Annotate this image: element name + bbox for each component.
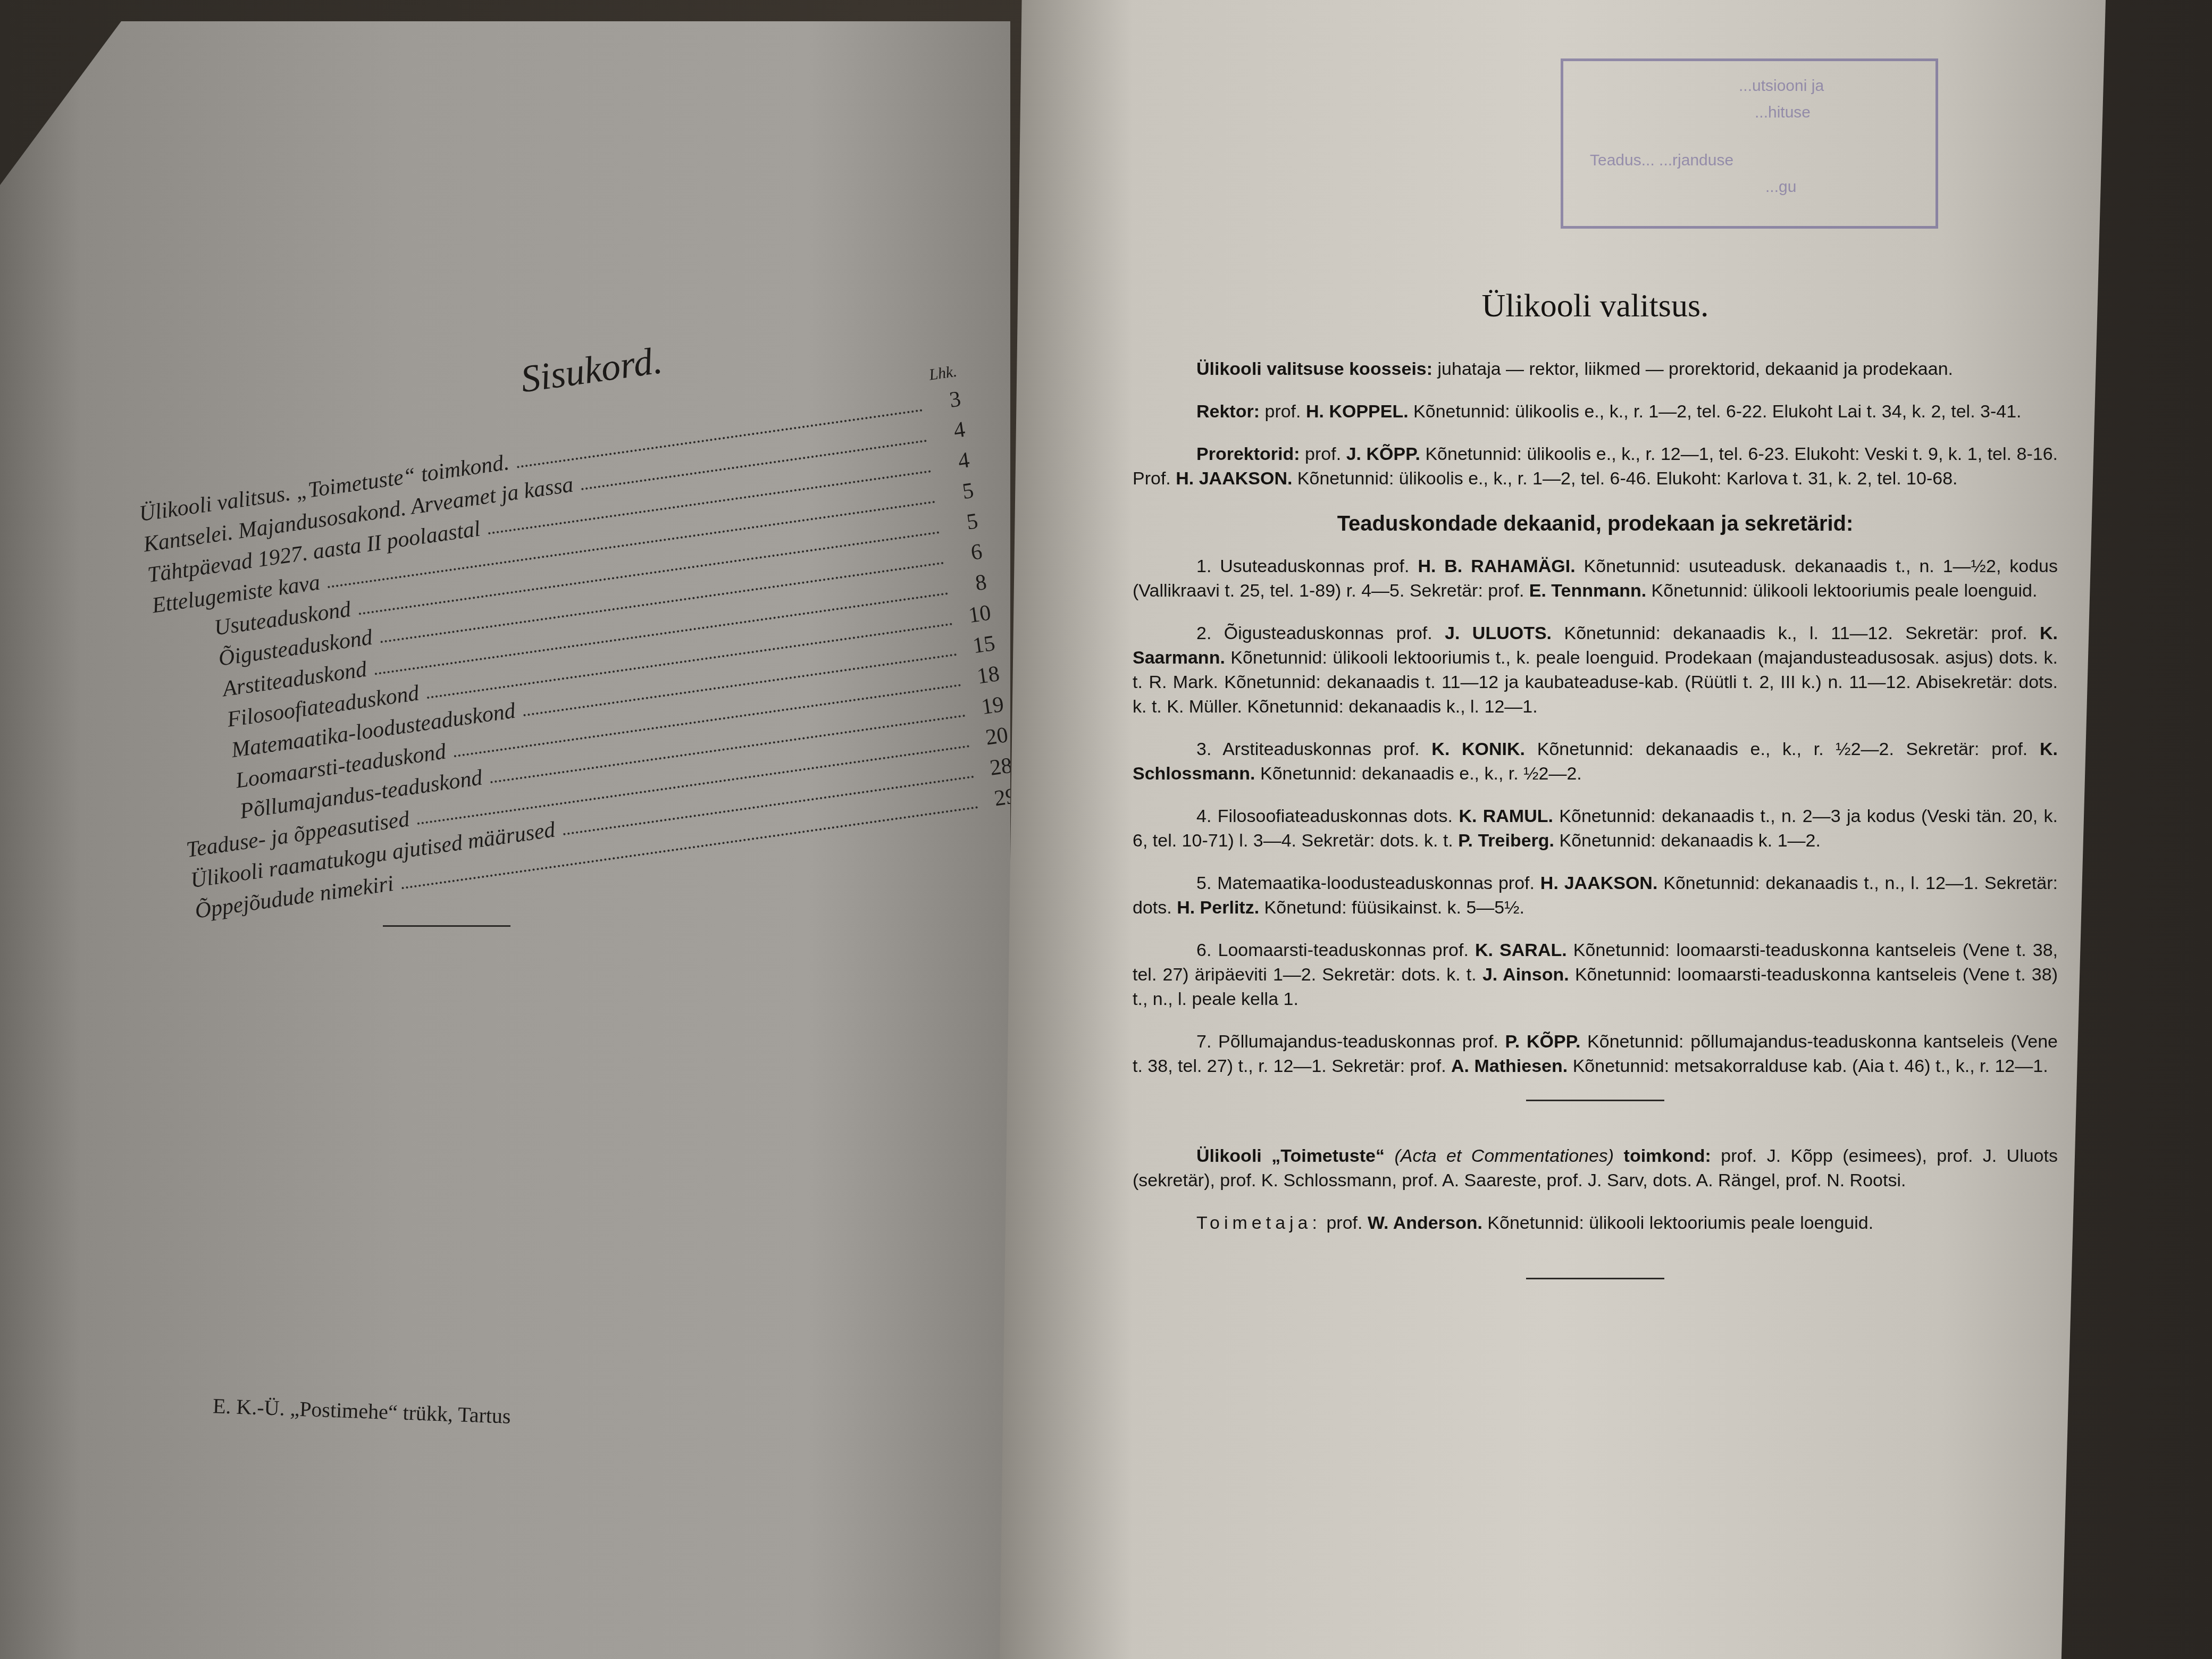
editor-name: W. Anderson. (1368, 1213, 1482, 1233)
faculty-entry: 5. Matemaatika-loodusteaduskonnas prof. … (1133, 871, 2058, 920)
faculty-number: 1. (1196, 556, 1211, 576)
divider-rule (1526, 1100, 1664, 1101)
faculty-dean-intro: Filosoofiateaduskonnas dots. (1211, 806, 1459, 826)
faculty-secretary-name: J. Ainson. (1482, 965, 1569, 985)
faculty-entry: 6. Loomaarsti-teaduskonnas prof. K. SARA… (1133, 938, 2058, 1011)
prorector-title: prof. (1300, 444, 1346, 464)
faculty-dean-name: J. ULUOTS. (1445, 623, 1552, 643)
faculty-entry: 7. Põllumajandus-teaduskonnas prof. P. K… (1133, 1029, 2058, 1078)
composition-text: juhataja — rektor, liikmed — prorektorid… (1432, 359, 1953, 379)
stamp-line: ...gu (1765, 178, 1796, 196)
faculty-number: 4. (1196, 806, 1211, 826)
acta-latin: (Acta et Commentationes) (1385, 1146, 1614, 1166)
toc-entry-page: 5 (940, 475, 975, 510)
faculty-dean-intro: Arstiteaduskonnas prof. (1211, 739, 1431, 759)
divider-rule (383, 925, 510, 927)
faculty-secretary-hours: Kõnetunnid: dekanaadis k. 1—2. (1554, 831, 1821, 851)
prorectors-paragraph: Prorektorid: prof. J. KÕPP. Kõnetunnid: … (1133, 442, 2058, 491)
editor-paragraph: Toimetaja: prof. W. Anderson. Kõnetunnid… (1133, 1211, 2058, 1235)
rector-label: Rektor: (1196, 401, 1260, 422)
divider-rule (1526, 1278, 1664, 1279)
left-page: Sisukord. Lhk. Ülikooli valitsus. „Toime… (0, 21, 1010, 1659)
prorector-name: J. KÕPP. (1346, 444, 1420, 464)
faculty-list: 1. Usuteaduskonnas prof. H. B. RAHAMÄGI.… (1133, 554, 2058, 1078)
stamp-line: Teadus... ...rjanduse (1590, 152, 1733, 170)
faculty-secretary-hours: Kõnetunnid: dekanaadis e., k., r. ½2—2. (1255, 764, 1582, 784)
deans-heading: Teaduskondade dekaanid, prodekaan ja sek… (1133, 512, 2058, 536)
toc-entry-page: 4 (935, 445, 971, 480)
faculty-dean-intro: Põllumajandus-teaduskonnas prof. (1211, 1032, 1505, 1052)
faculty-number: 2. (1196, 623, 1211, 643)
right-page-content: Ülikooli valitsus. Ülikooli valitsuse ko… (1133, 287, 2058, 1279)
toc-entry-page: 3 (927, 383, 962, 418)
faculty-dean-intro: Loomaarsti-teaduskonnas prof. (1211, 940, 1475, 960)
stamp-line: ...utsiooni ja (1739, 77, 1824, 95)
toc-entry-page: 20 (974, 719, 1010, 755)
faculty-dean-name: K. KONIK. (1431, 739, 1525, 759)
toc-entry-page: 6 (949, 537, 984, 572)
prorectors-label: Prorektorid: (1196, 444, 1300, 464)
faculty-secretary-name: P. Treiberg. (1458, 831, 1554, 851)
faculty-secretary-hours: Kõnetunnid: ülikooli lektooriumis t., k.… (1133, 648, 2058, 717)
faculty-entry: 3. Arstiteaduskonnas prof. K. KONIK. Kõn… (1133, 737, 2058, 786)
faculty-entry: 4. Filosoofiateaduskonnas dots. K. RAMUL… (1133, 804, 2058, 853)
toc-entry-page: 28 (978, 750, 1014, 785)
faculty-number: 5. (1196, 873, 1211, 893)
composition-label: Ülikooli valitsuse koosseis: (1196, 359, 1432, 379)
toc-entry-page: 8 (953, 567, 988, 602)
faculty-dean-intro: Usuteaduskonnas prof. (1211, 556, 1418, 576)
faculty-dean-intro: Matemaatika-loodusteaduskonnas prof. (1211, 873, 1540, 893)
faculty-entry: 1. Usuteaduskonnas prof. H. B. RAHAMÄGI.… (1133, 554, 2058, 603)
acta-label: Ülikooli „Toimetuste“ (1196, 1146, 1385, 1166)
faculty-secretary-name: A. Mathiesen. (1451, 1056, 1568, 1076)
faculty-dean-name: K. RAMUL. (1459, 806, 1553, 826)
faculty-secretary-hours: Kõnetund: füüsikainst. k. 5—5½. (1259, 898, 1524, 918)
page-title: Ülikooli valitsus. (1133, 287, 2058, 325)
faculty-secretary-hours: Kõnetunnid: ülikooli lektooriumis peale … (1646, 581, 2037, 601)
toc-entry-page: 19 (970, 689, 1006, 724)
stamp-line: ...hituse (1755, 104, 1811, 122)
rector-name: H. KOPPEL. (1306, 401, 1409, 422)
faculty-secretary-name: H. Perlitz. (1177, 898, 1259, 918)
rector-details: Kõnetunnid: ülikoolis e., k., r. 1—2, te… (1409, 401, 2022, 422)
toc-entry-page: 4 (931, 414, 967, 449)
printer-imprint: E. K.-Ü. „Postimehe“ trükk, Tartus (212, 1393, 511, 1429)
faculty-dean-intro: Õigusteaduskonnas prof. (1211, 623, 1445, 643)
faculty-number: 6. (1196, 940, 1211, 960)
editor-label: Toimetaja: (1196, 1213, 1321, 1233)
editor-title: prof. (1321, 1213, 1368, 1233)
rector-paragraph: Rektor: prof. H. KOPPEL. Kõnetunnid: üli… (1133, 399, 2058, 424)
toc-entry-page: 10 (957, 597, 993, 632)
faculty-secretary-name: E. Tennmann. (1529, 581, 1646, 601)
faculty-dean-hours: Kõnetunnid: dekanaadis e., k., r. ½2—2. … (1525, 739, 2040, 759)
editor-details: Kõnetunnid: ülikooli lektooriumis peale … (1482, 1213, 1873, 1233)
acta-paragraph: Ülikooli „Toimetuste“ (Acta et Commentat… (1133, 1144, 2058, 1193)
table-of-contents: Sisukord. Lhk. Ülikooli valitsus. „Toime… (125, 298, 1019, 927)
faculty-dean-name: H. JAAKSON. (1540, 873, 1658, 893)
composition-paragraph: Ülikooli valitsuse koosseis: juhataja — … (1133, 357, 2058, 381)
prorector-name: H. JAAKSON. (1176, 468, 1292, 489)
toc-entry-page: 15 (961, 628, 997, 663)
faculty-secretary-hours: Kõnetunnid: metsakorralduse kab. (Aia t.… (1568, 1056, 2048, 1076)
acta-label-2: toimkond: (1614, 1146, 1711, 1166)
faculty-number: 3. (1196, 739, 1211, 759)
library-stamp: ...utsiooni ja ...hituse Teadus... ...rj… (1561, 58, 1938, 229)
faculty-dean-name: H. B. RAHAMÄGI. (1418, 556, 1575, 576)
faculty-entry: 2. Õigusteaduskonnas prof. J. ULUOTS. Kõ… (1133, 621, 2058, 719)
faculty-dean-name: P. KÕPP. (1505, 1032, 1581, 1052)
faculty-dean-hours: Kõnetunnid: dekanaadis k., l. 11—12. Sek… (1552, 623, 2040, 643)
faculty-number: 7. (1196, 1032, 1211, 1052)
prorector-details: Kõnetunnid: ülikoolis e., k., r. 1—2, te… (1292, 468, 1957, 489)
rector-title: prof. (1260, 401, 1306, 422)
faculty-dean-name: K. SARAL. (1475, 940, 1567, 960)
toc-entry-page: 18 (966, 658, 1001, 693)
toc-entry-page: 5 (944, 506, 980, 541)
